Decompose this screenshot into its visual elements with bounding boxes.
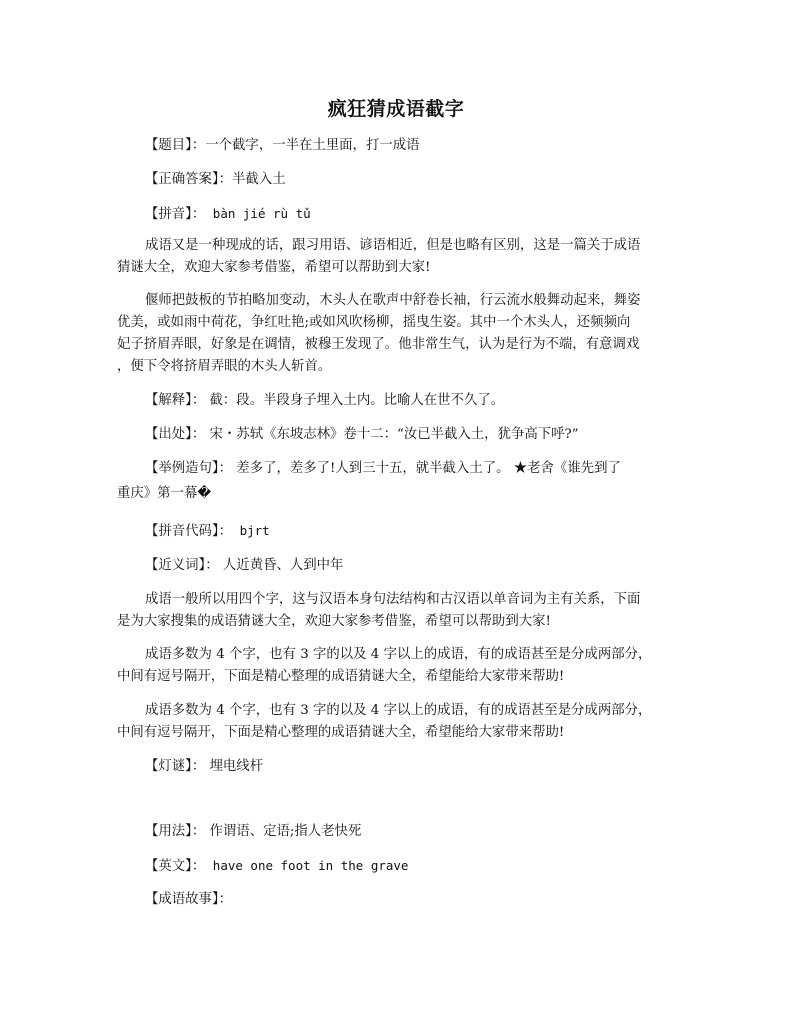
field-english: 【英文】： have one foot in the grave [145, 855, 705, 878]
field-label: 【英文】： [145, 859, 205, 874]
field-value: have one foot in the grave [205, 858, 408, 873]
field-value: 半截入土 [232, 172, 286, 187]
field-label: 【近义词】： [145, 558, 219, 573]
paragraph-line: 成语一般所以用四个字，这与汉语本身句法结构和古汉语以单音词为主有关系，下面 [145, 589, 705, 611]
field-label: 【题目】： [145, 138, 205, 153]
paragraph-intro-line: 成语又是一种现成的话，跟习用语、谚语相近，但是也略有区别，这是一篇关于成语 [145, 235, 705, 257]
field-label: 【成语故事】： [145, 892, 232, 907]
paragraph-line: 成语多数为 4 个字，也有 3 字的以及 4 字以上的成语，有的成语甚至是分成两… [145, 644, 705, 666]
field-label: 【用法】： [145, 824, 205, 839]
field-label: 【灯谜】： [145, 759, 205, 774]
field-label: 【拼音】： [145, 207, 205, 222]
field-synonyms: 【近义词】： 人近黄昏、人到中年 [145, 555, 705, 577]
field-label: 【出处】： [145, 427, 205, 442]
field-riddle: 【题目】：一个截字，一半在土里面，打一成语 [145, 135, 705, 157]
field-value: 埋电线杆 [205, 759, 263, 774]
field-idiom-story: 【成语故事】： [145, 889, 705, 911]
field-pinyin: 【拼音】： bàn jié rù tǔ [145, 203, 705, 226]
field-value: 截：段。半段身子埋入土内。比喻人在世不久了。 [205, 393, 504, 408]
field-answer: 【正确答案】：半截入土 [145, 169, 705, 191]
field-value: 差多了，差多了!人到三十五，就半截入土了。 ★老舍《谁先到了 [232, 461, 621, 476]
document-page: 疯狂猜成语截字 【题目】：一个截字，一半在土里面，打一成语 【正确答案】：半截入… [0, 0, 792, 1025]
field-value: 人近黄昏、人到中年 [219, 558, 344, 573]
paragraph-intro-line: 猜谜大全，欢迎大家参考借鉴，希望可以帮助到大家! [117, 257, 677, 279]
field-pinyin-code: 【拼音代码】： bjrt [145, 520, 705, 543]
paragraph-story-line: 优美，或如雨中荷花，争红吐艳;或如风吹杨柳，摇曳生姿。其中一个木头人，还频频向 [117, 312, 677, 334]
paragraph-line: 是为大家搜集的成语猜谜大全，欢迎大家参考借鉴，希望可以帮助到大家! [117, 611, 677, 633]
field-value: bjrt [232, 523, 270, 538]
field-label: 【解释】： [145, 393, 205, 408]
field-example-continued: 重庆》第一幕� [117, 483, 677, 505]
field-value: 作谓语、定语;指人老快死 [205, 824, 361, 839]
paragraph-line: 中间有逗号隔开，下面是精心整理的成语猜谜大全，希望能给大家带来帮助! [117, 722, 677, 744]
field-label: 【拼音代码】： [145, 524, 232, 539]
field-lantern-riddle: 【灯谜】： 埋电线杆 [145, 756, 705, 778]
paragraph-story-line: 妃子挤眉弄眼，好象是在调情，被穆王发现了。他非常生气，认为是行为不端，有意调戏 [117, 334, 677, 356]
document-title: 疯狂猜成语截字 [0, 94, 792, 121]
paragraph-line: 中间有逗号隔开，下面是精心整理的成语猜谜大全，希望能给大家带来帮助! [117, 666, 677, 688]
field-value: 一个截字，一半在土里面，打一成语 [205, 138, 419, 153]
field-label: 【举例造句】： [145, 461, 232, 476]
field-value: 宋・苏轼《东坡志林》卷十二：“汝已半截入土，犹争高下呼?” [205, 427, 578, 442]
field-source: 【出处】： 宋・苏轼《东坡志林》卷十二：“汝已半截入土，犹争高下呼?” [145, 424, 705, 446]
field-explanation: 【解释】： 截：段。半段身子埋入土内。比喻人在世不久了。 [145, 390, 705, 412]
paragraph-line: 成语多数为 4 个字，也有 3 字的以及 4 字以上的成语，有的成语甚至是分成两… [145, 700, 705, 722]
field-usage: 【用法】： 作谓语、定语;指人老快死 [145, 821, 705, 843]
paragraph-story-line: 偃师把鼓板的节拍略加变动，木头人在歌声中舒卷长袖，行云流水般舞动起来，舞姿 [145, 290, 705, 312]
field-value: bàn jié rù tǔ [205, 206, 310, 221]
field-example: 【举例造句】： 差多了，差多了!人到三十五，就半截入土了。 ★老舍《谁先到了 [145, 458, 705, 480]
paragraph-story-line: ，便下令将挤眉弄眼的木头人斩首。 [117, 356, 677, 378]
field-label: 【正确答案】： [145, 172, 232, 187]
